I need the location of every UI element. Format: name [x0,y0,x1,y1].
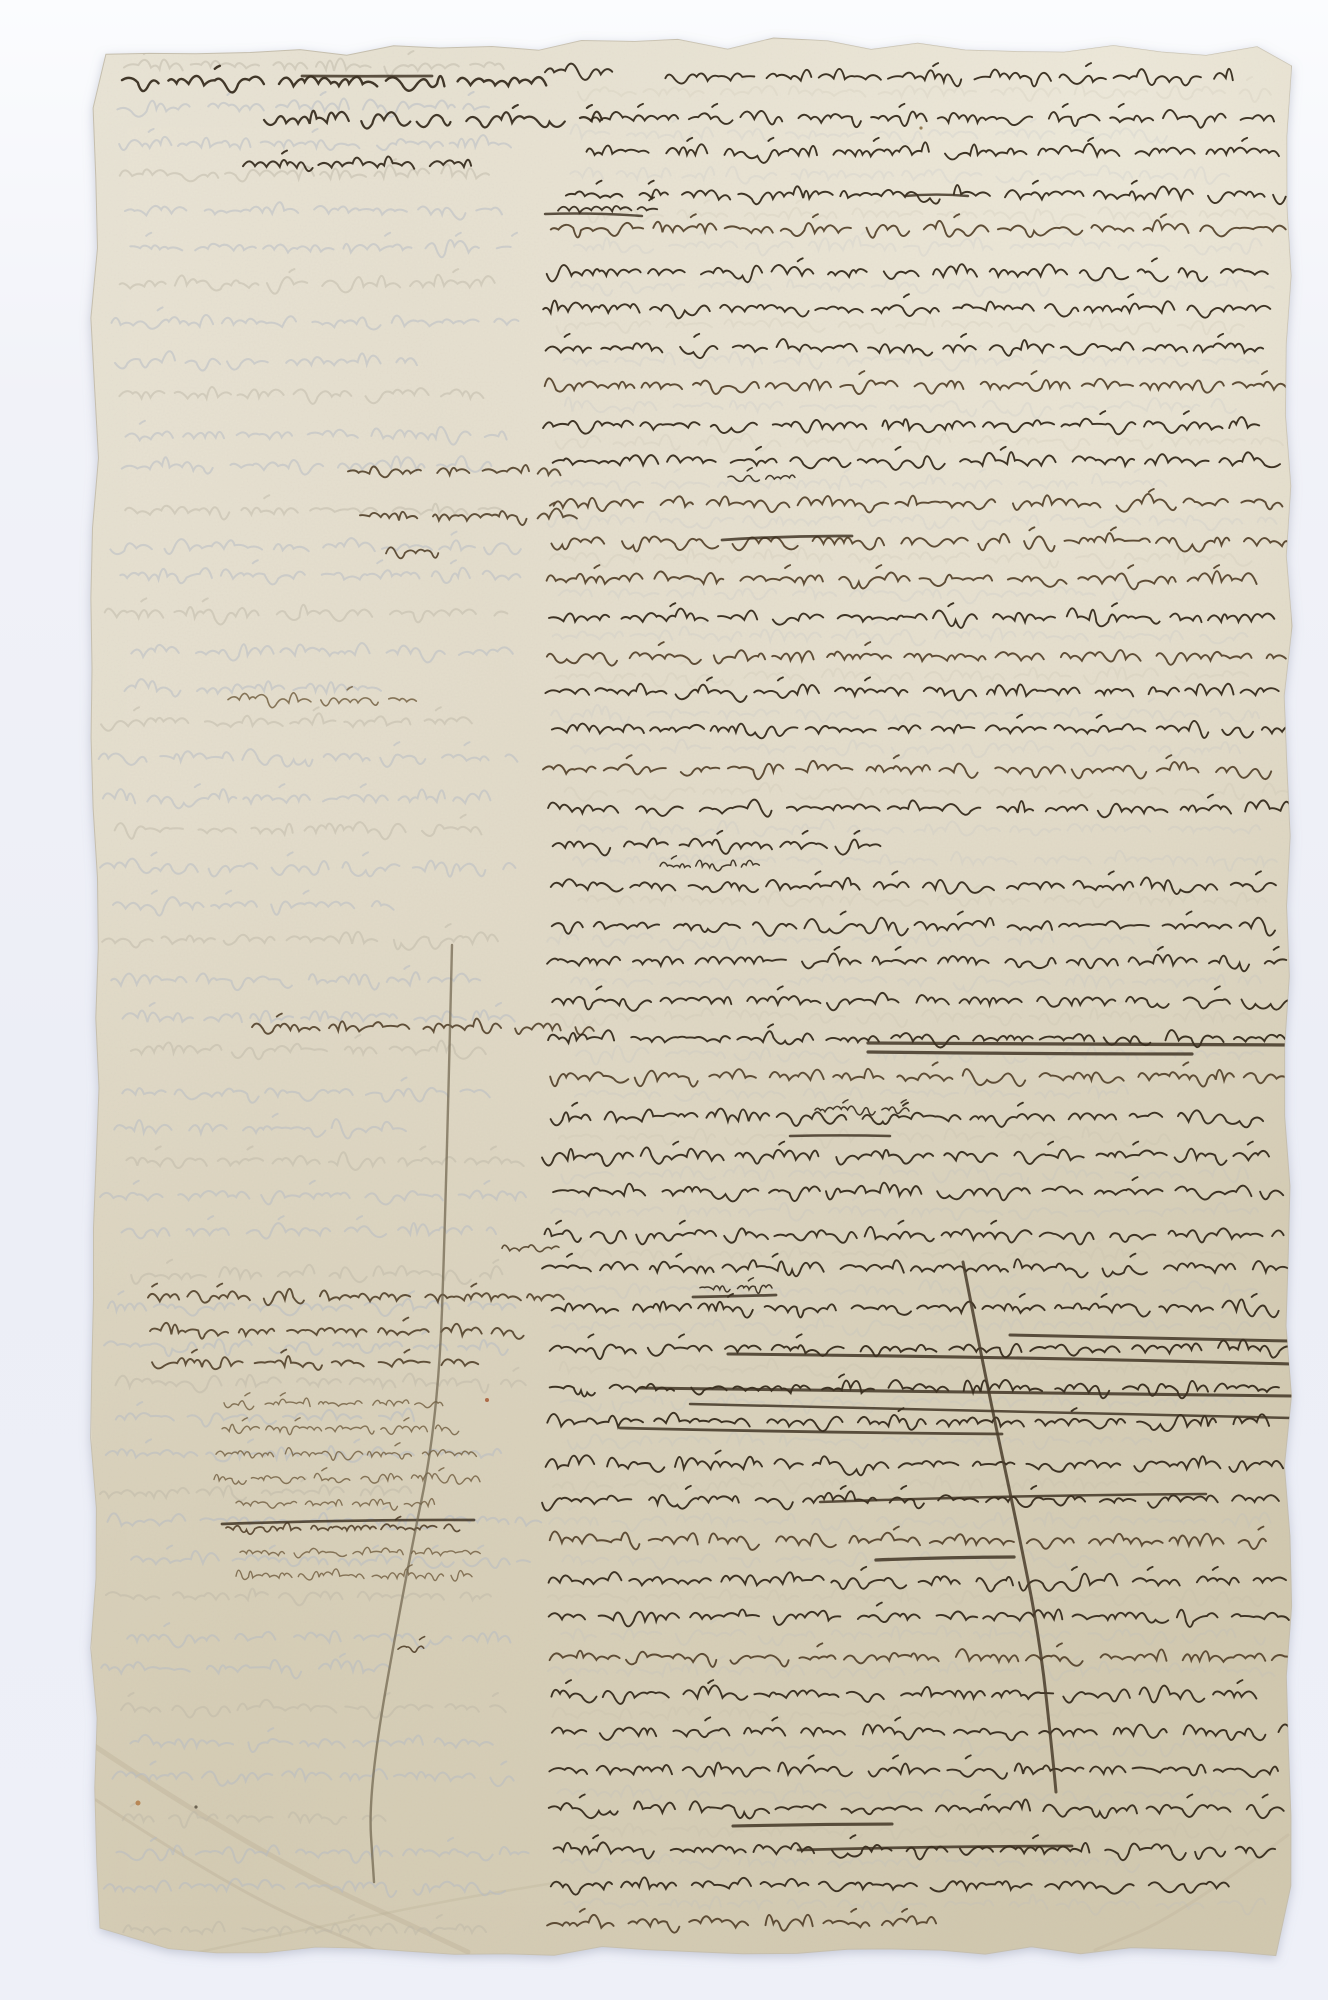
ink-speckle [485,1398,489,1402]
ink-speckle [919,126,922,129]
ink-speckle [194,1805,197,1808]
ink-speckle [136,1801,141,1806]
manuscript-page [0,0,1328,2000]
strike-line [905,195,968,196]
strike-line [790,1135,890,1136]
paper-surface [92,40,1298,1956]
manuscript-scan [0,0,1328,2000]
strike-line [868,1043,1290,1045]
